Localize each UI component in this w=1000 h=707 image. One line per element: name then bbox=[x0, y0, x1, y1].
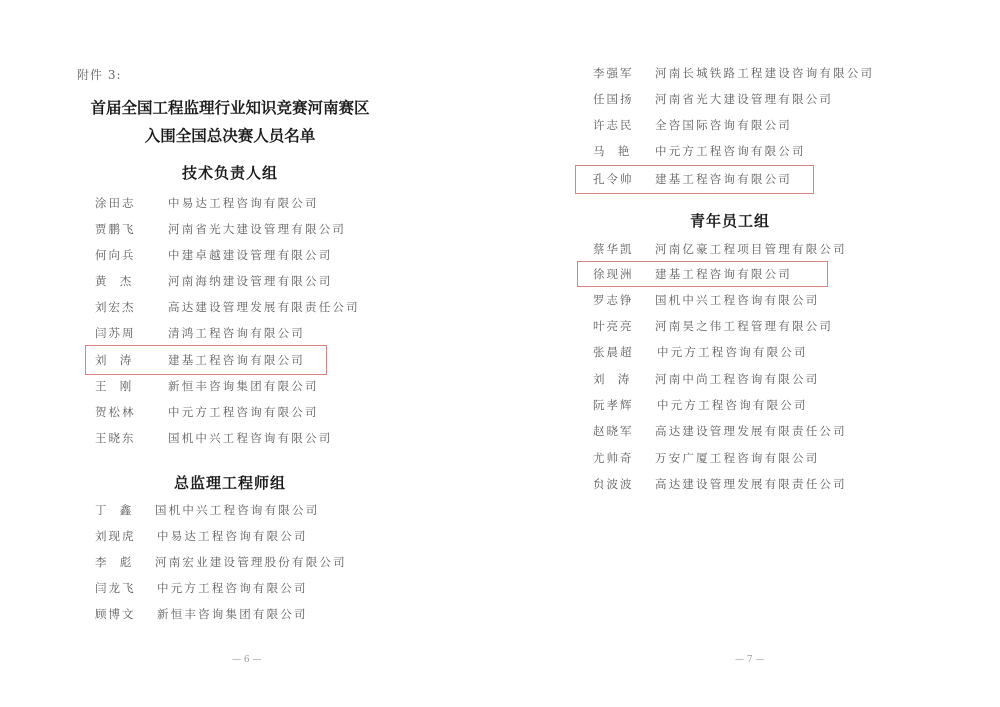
group-title-youth: 青年员工组 bbox=[650, 210, 810, 231]
member-name: 刘现虎 bbox=[95, 526, 136, 546]
member-name: 何向兵 bbox=[95, 245, 136, 265]
member-company: 河南宏业建设管理股份有限公司 bbox=[155, 552, 347, 572]
member-company: 建基工程咨询有限公司 bbox=[655, 264, 792, 284]
page-number: — 7 — bbox=[735, 655, 764, 665]
right-page: 李强军 河南长城铁路工程建设咨询有限公司 任国扬 河南省光大建设管理有限公司 许… bbox=[500, 0, 1000, 707]
member-name: 丁 鑫 bbox=[95, 500, 133, 520]
page-number: — 6 — bbox=[232, 655, 261, 665]
member-name: 李强军 bbox=[593, 63, 634, 83]
member-company: 高达建设管理发展有限责任公司 bbox=[655, 421, 847, 441]
left-page: 附件 3: 首届全国工程监理行业知识竞赛河南赛区 入围全国总决赛人员名单 技术负… bbox=[0, 0, 500, 707]
member-name: 许志民 bbox=[593, 115, 634, 135]
member-company: 中建卓越建设管理有限公司 bbox=[168, 245, 332, 265]
member-name: 李 彪 bbox=[95, 552, 133, 572]
member-company: 河南省光大建设管理有限公司 bbox=[168, 219, 346, 239]
member-name: 闫龙飞 bbox=[95, 578, 136, 598]
member-name: 王晓东 bbox=[95, 428, 136, 448]
member-company: 建基工程咨询有限公司 bbox=[168, 350, 305, 370]
group-title-chief-supervisor: 总监理工程师组 bbox=[130, 472, 330, 493]
member-company: 新恒丰咨询集团有限公司 bbox=[157, 604, 308, 624]
member-name: 闫苏周 bbox=[95, 323, 136, 343]
member-name: 蔡华凯 bbox=[593, 239, 634, 259]
member-name: 尤帅奇 bbox=[593, 448, 634, 468]
member-company: 河南中尚工程咨询有限公司 bbox=[655, 369, 819, 389]
member-name: 贾鹏飞 bbox=[95, 219, 136, 239]
member-company: 河南亿豪工程项目管理有限公司 bbox=[655, 239, 847, 259]
member-name: 顾博文 bbox=[95, 604, 136, 624]
attachment-label: 附件 3: bbox=[77, 66, 122, 83]
member-company: 全咨国际咨询有限公司 bbox=[655, 115, 792, 135]
group-title-tech-lead: 技术负责人组 bbox=[130, 162, 330, 183]
member-name: 涂田志 bbox=[95, 193, 136, 213]
member-company: 国机中兴工程咨询有限公司 bbox=[655, 290, 819, 310]
member-name: 张晨超 bbox=[593, 342, 634, 362]
member-name: 徐现洲 bbox=[593, 264, 634, 284]
member-name: 刘宏杰 bbox=[95, 297, 136, 317]
member-name: 叶亮亮 bbox=[593, 316, 634, 336]
member-company: 中元方工程咨询有限公司 bbox=[655, 141, 806, 161]
member-company: 河南省光大建设管理有限公司 bbox=[655, 89, 833, 109]
member-company: 中元方工程咨询有限公司 bbox=[657, 342, 808, 362]
member-company: 河南海纳建设管理有限公司 bbox=[168, 271, 332, 291]
member-company: 清鸿工程咨询有限公司 bbox=[168, 323, 305, 343]
member-name: 王 刚 bbox=[95, 376, 133, 396]
member-company: 建基工程咨询有限公司 bbox=[655, 169, 792, 189]
member-company: 国机中兴工程咨询有限公司 bbox=[168, 428, 332, 448]
member-company: 国机中兴工程咨询有限公司 bbox=[155, 500, 319, 520]
document-title-line2: 入围全国总决赛人员名单 bbox=[30, 124, 430, 146]
member-name: 黄 杰 bbox=[95, 271, 133, 291]
member-name: 刘 涛 bbox=[593, 369, 631, 389]
member-company: 中易达工程咨询有限公司 bbox=[168, 193, 319, 213]
member-name: 马 艳 bbox=[593, 141, 631, 161]
document-title-line1: 首届全国工程监理行业知识竞赛河南赛区 bbox=[30, 96, 430, 118]
member-company: 中元方工程咨询有限公司 bbox=[168, 402, 319, 422]
member-company: 河南长城铁路工程建设咨询有限公司 bbox=[655, 63, 874, 83]
member-company: 中易达工程咨询有限公司 bbox=[157, 526, 308, 546]
member-name: 贺松林 bbox=[95, 402, 136, 422]
member-name: 赵晓军 bbox=[593, 421, 634, 441]
member-name: 任国扬 bbox=[593, 89, 634, 109]
member-company: 万安广厦工程咨询有限公司 bbox=[655, 448, 819, 468]
member-company: 高达建设管理发展有限责任公司 bbox=[655, 474, 847, 494]
member-name: 孔令帅 bbox=[593, 169, 634, 189]
member-name: 刘 涛 bbox=[95, 350, 133, 370]
member-name: 贠波波 bbox=[593, 474, 634, 494]
member-company: 河南昊之伟工程管理有限公司 bbox=[655, 316, 833, 336]
member-company: 高达建设管理发展有限责任公司 bbox=[168, 297, 360, 317]
member-name: 罗志铮 bbox=[593, 290, 634, 310]
member-company: 新恒丰咨询集团有限公司 bbox=[168, 376, 319, 396]
member-company: 中元方工程咨询有限公司 bbox=[157, 578, 308, 598]
member-company: 中元方工程咨询有限公司 bbox=[657, 395, 808, 415]
member-name: 阮孝辉 bbox=[593, 395, 634, 415]
